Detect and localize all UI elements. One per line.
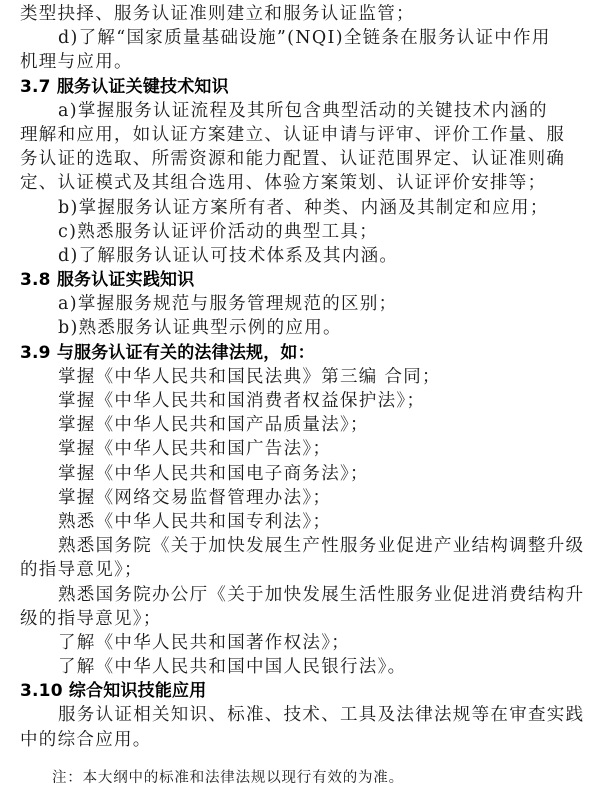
law-item: 掌握《中华人民共和国电子商务法》； [20,462,580,486]
law-item: 了解《中华人民共和国著作权法》； [20,631,580,655]
text-line: 类型抉择、服务认证准则建立和服务认证监管； [20,2,580,26]
law-item: 熟悉国务院《关于加快发展生产性服务业促进产业结构调整升级 [20,534,580,558]
text-line: 级的指导意见》； [20,607,580,631]
law-item: 掌握《中华人民共和国产品质量法》； [20,413,580,437]
section-heading-3-9: 3.9 与服务认证有关的法律法规，如： [20,341,580,365]
text-line: 定、认证模式及其组合选用、体验方案策划、认证评价安排等； [20,171,580,195]
section-heading-3-7: 3.7 服务认证关键技术知识 [20,75,580,99]
law-item: 熟悉国务院办公厅《关于加快发展生活性服务业促进消费结构升 [20,583,580,607]
law-item: 熟悉《中华人民共和国专利法》； [20,510,580,534]
law-item: 了解《中华人民共和国中国人民银行法》。 [20,655,580,679]
list-item: b)熟悉服务认证典型示例的应用。 [20,316,580,340]
paragraph: 服务认证相关知识、标准、技术、工具及法律法规等在审查实践 [20,703,580,727]
law-item: 掌握《网络交易监督管理办法》； [20,486,580,510]
document-body: 类型抉择、服务认证准则建立和服务认证监管； d)了解“国家质量基础设施”(NQI… [20,2,580,752]
text-line: 机理与应用。 [20,50,580,74]
text-line: 理解和应用，如认证方案建立、认证申请与评审、评价工作量、服 [20,123,580,147]
list-item: a)掌握服务认证流程及其所包含典型活动的关键技术内涵的 [20,99,580,123]
list-item: b)掌握服务认证方案所有者、种类、内涵及其制定和应用； [20,196,580,220]
list-item: c)熟悉服务认证评价活动的典型工具； [20,220,580,244]
law-item: 掌握《中华人民共和国广告法》； [20,437,580,461]
list-item: d)了解服务认证认可技术体系及其内涵。 [20,244,580,268]
section-heading-3-10: 3.10 综合知识技能应用 [20,679,580,703]
text-line: 务认证的选取、所需资源和能力配置、认证范围界定、认证准则确 [20,147,580,171]
text-line: 的指导意见》； [20,558,580,582]
law-item: 掌握《中华人民共和国消费者权益保护法》； [20,389,580,413]
list-item: a)掌握服务规范与服务管理规范的区别； [20,292,580,316]
text-line: 中的综合应用。 [20,728,580,752]
section-heading-3-8: 3.8 服务认证实践知识 [20,268,580,292]
footnote: 注：本大纲中的标准和法律法规以现行有效的为准。 [52,768,404,788]
list-item: d)了解“国家质量基础设施”(NQI)全链条在服务认证中作用 [20,26,580,50]
law-item: 掌握《中华人民共和国民法典》第三编 合同； [20,365,580,389]
